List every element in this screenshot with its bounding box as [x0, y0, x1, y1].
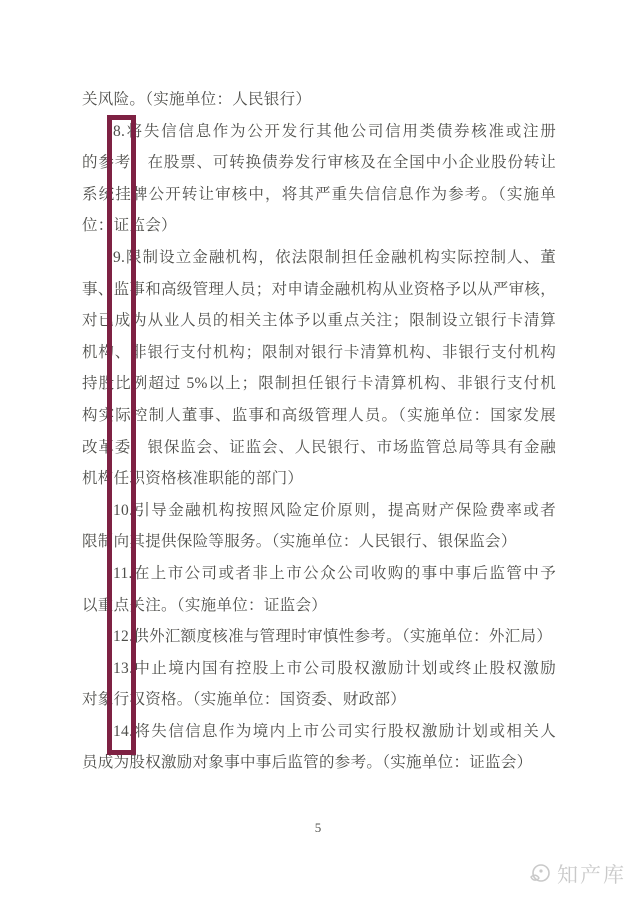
document-page: 关风险。（实施单位：人民银行）8.将失信信息作为公开发行其他公司信用类债券核准或…	[0, 0, 636, 900]
document-line: 10.引导金融机构按照风险定价原则，提高财产保险费率或者	[82, 495, 556, 527]
document-line: 持股比例超过 5%以上；限制担任银行卡清算机构、非银行支付机	[82, 368, 556, 400]
document-line: 9.限制设立金融机构，依法限制担任金融机构实际控制人、董	[82, 242, 556, 274]
document-line: 的参考，在股票、可转换债券发行审核及在全国中小企业股份转让	[82, 147, 556, 179]
document-line: 限制向其提供保险等服务。（实施单位：人民银行、银保监会）	[82, 526, 556, 558]
document-line: 关风险。（实施单位：人民银行）	[82, 84, 556, 116]
hand-logo-icon	[527, 861, 553, 887]
document-line: 事、监事和高级管理人员；对申请金融机构从业资格予以从严审核，	[82, 274, 556, 306]
document-line: 构实际控制人董事、监事和高级管理人员。（实施单位：国家发展	[82, 400, 556, 432]
document-line: 12.供外汇额度核准与管理时审慎性参考。（实施单位：外汇局）	[82, 621, 556, 653]
document-line: 机构、非银行支付机构；限制对银行卡清算机构、非银行支付机构	[82, 337, 556, 369]
page-number: 5	[0, 820, 636, 836]
document-line: 改革委、银保监会、证监会、人民银行、市场监管总局等具有金融	[82, 432, 556, 464]
document-line: 13.中止境内国有控股上市公司股权激励计划或终止股权激励	[82, 653, 556, 685]
document-body: 关风险。（实施单位：人民银行）8.将失信信息作为公开发行其他公司信用类债券核准或…	[82, 84, 556, 779]
document-line: 11.在上市公司或者非上市公众公司收购的事中事后监管中予	[82, 558, 556, 590]
document-line: 员成为股权激励对象事中事后监管的参考。（实施单位：证监会）	[82, 747, 556, 779]
watermark: 知产库	[527, 859, 626, 889]
document-line: 14.将失信信息作为境内上市公司实行股权激励计划或相关人	[82, 716, 556, 748]
watermark-text: 知产库	[557, 859, 626, 889]
document-line: 以重点关注。（实施单位：证监会）	[82, 590, 556, 622]
document-line: 系统挂牌公开转让审核中，将其严重失信信息作为参考。（实施单	[82, 179, 556, 211]
document-line: 位：证监会）	[82, 210, 556, 242]
document-line: 8.将失信信息作为公开发行其他公司信用类债券核准或注册	[82, 116, 556, 148]
document-line: 对象行权资格。（实施单位：国资委、财政部）	[82, 684, 556, 716]
document-line: 对已成为从业人员的相关主体予以重点关注；限制设立银行卡清算	[82, 305, 556, 337]
document-line: 机构任职资格核准职能的部门）	[82, 463, 556, 495]
highlight-rectangle	[107, 115, 136, 755]
